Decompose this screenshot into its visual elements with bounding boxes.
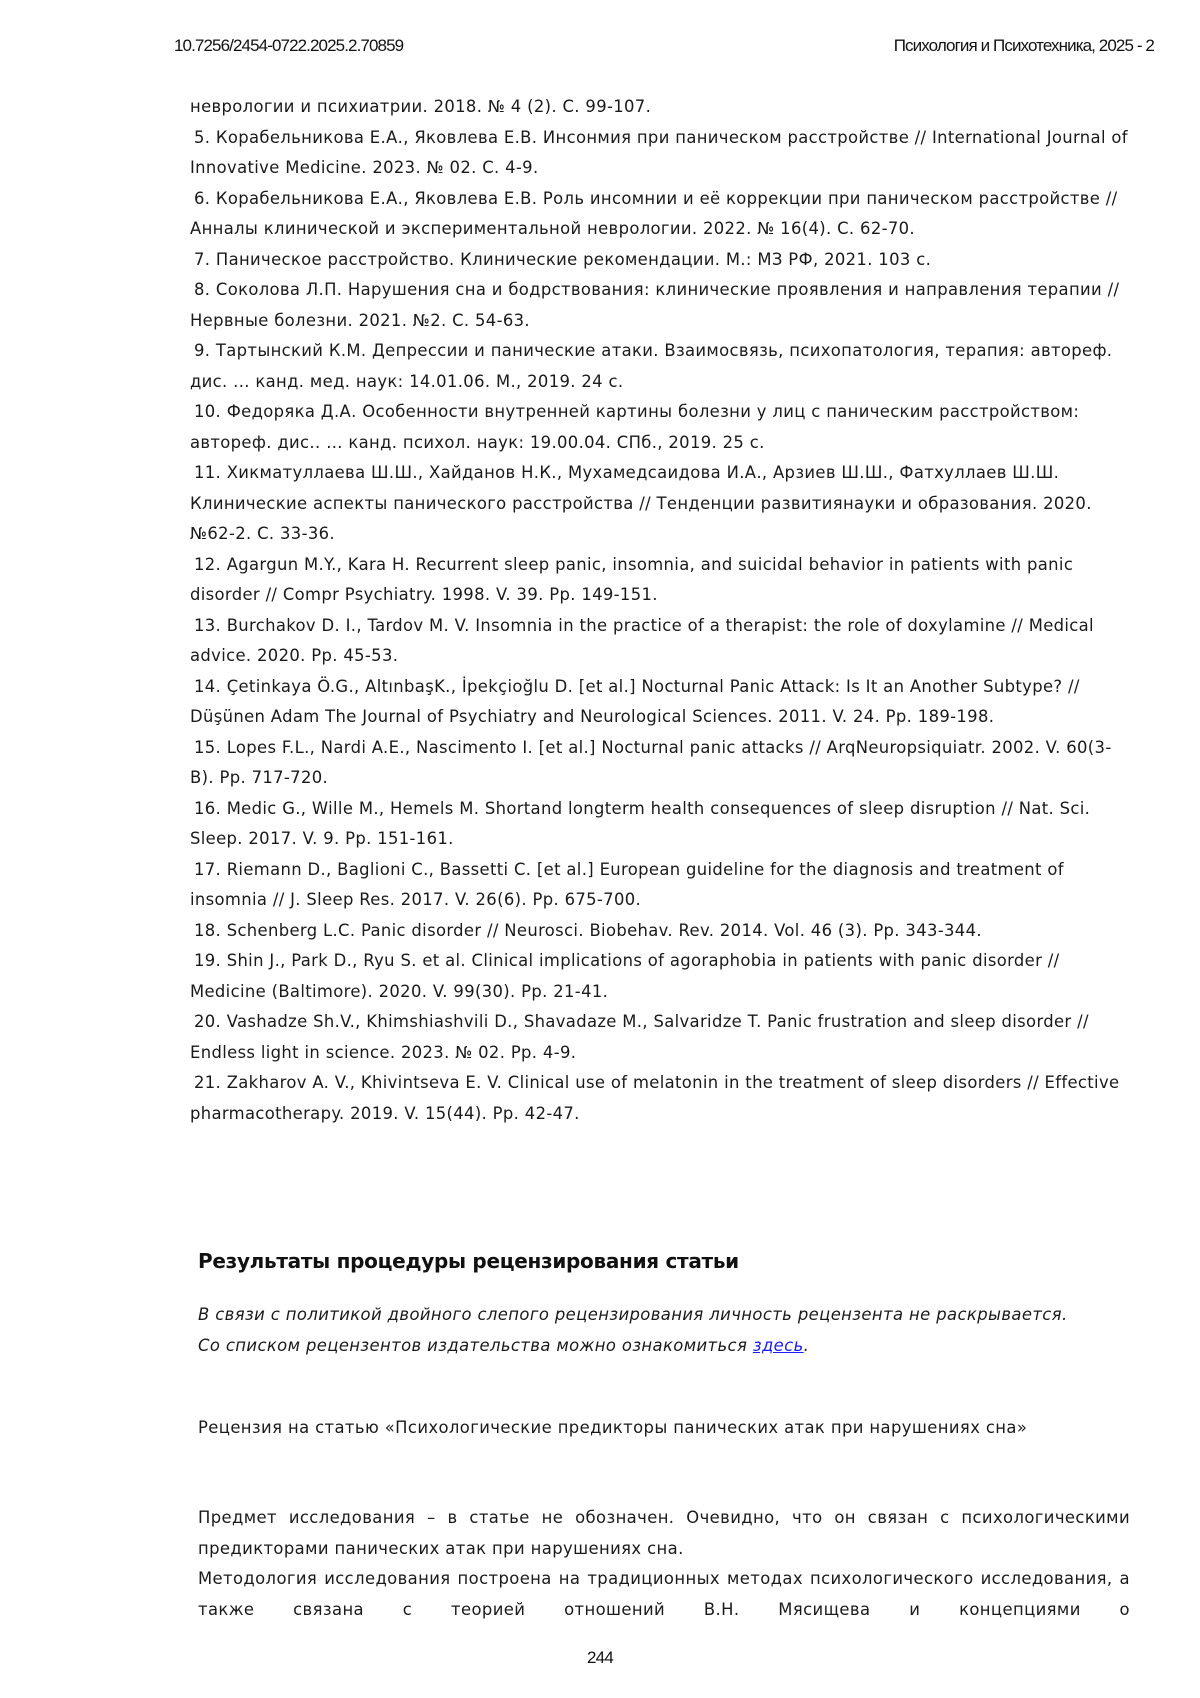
reference-number: 17. (194, 860, 221, 879)
reference-text: Федоряка Д.А. Особенности внутренней кар… (190, 402, 1079, 452)
policy-note: В связи с политикой двойного слепого рец… (198, 1300, 1130, 1331)
reference-number: 15. (194, 738, 221, 757)
reference-item: 13. Burchakov D. I., Tardov M. V. Insomn… (190, 611, 1134, 672)
reference-number: 10. (194, 402, 221, 421)
reference-text: Burchakov D. I., Tardov M. V. Insomnia i… (190, 616, 1094, 666)
reference-item: 8. Соколова Л.П. Нарушения сна и бодрств… (190, 275, 1134, 336)
review-policy-block: В связи с политикой двойного слепого рец… (198, 1300, 1130, 1361)
reference-text: Корабельникова Е.А., Яковлева Е.В. Роль … (190, 189, 1118, 239)
reference-text: Çetinkaya Ö.G., AltınbaşK., İpekçioğlu D… (190, 677, 1080, 727)
reference-item: 10. Федоряка Д.А. Особенности внутренней… (190, 397, 1134, 458)
reference-number: 20. (194, 1012, 221, 1031)
reference-text: Agargun M.Y., Kara H. Recurrent sleep pa… (190, 555, 1073, 605)
journal-title: Психология и Психотехника, 2025 - 2 (894, 36, 1154, 56)
reference-text: Schenberg L.C. Panic disorder // Neurosc… (227, 921, 982, 940)
reference-item: 18. Schenberg L.C. Panic disorder // Neu… (190, 916, 1134, 947)
reference-text: Zakharov A. V., Khivintseva E. V. Clinic… (190, 1073, 1119, 1123)
review-heading-block: Рецензия на статью «Психологические пред… (198, 1413, 1130, 1444)
reference-list: неврологии и психиатрии. 2018. № 4 (2). … (194, 92, 1134, 1129)
reviewers-link[interactable]: здесь (753, 1336, 804, 1355)
reference-number: 13. (194, 616, 221, 635)
page-header: 10.7256/2454-0722.2025.2.70859 Психологи… (174, 36, 1154, 60)
reference-continuation: неврологии и психиатрии. 2018. № 4 (2). … (190, 92, 1134, 123)
page-number: 244 (0, 1648, 1200, 1668)
review-body: Предмет исследования – в статье не обозн… (198, 1503, 1130, 1625)
review-heading: Рецензия на статью «Психологические пред… (198, 1413, 1130, 1444)
reference-item: 14. Çetinkaya Ö.G., AltınbaşK., İpekçioğ… (190, 672, 1134, 733)
reference-text: Хикматуллаева Ш.Ш., Хайданов Н.К., Мухам… (190, 463, 1092, 543)
reference-number: 9. (194, 341, 210, 360)
reference-number: 11. (194, 463, 221, 482)
reference-text: Riemann D., Baglioni C., Bassetti C. [et… (190, 860, 1064, 910)
review-paragraph-methodology: Методология исследования построена на тр… (198, 1564, 1130, 1625)
reference-item: 21. Zakharov A. V., Khivintseva E. V. Cl… (190, 1068, 1134, 1129)
reference-text: Соколова Л.П. Нарушения сна и бодрствова… (190, 280, 1119, 330)
reference-text: Medic G., Wille M., Hemels M. Shortand l… (190, 799, 1090, 849)
reference-item: 6. Корабельникова Е.А., Яковлева Е.В. Ро… (190, 184, 1134, 245)
reference-text: Корабельникова Е.А., Яковлева Е.В. Инсон… (190, 128, 1128, 178)
reference-text: Vashadze Sh.V., Khimshiashvili D., Shava… (190, 1012, 1089, 1062)
review-section-title: Результаты процедуры рецензирования стат… (198, 1249, 739, 1273)
reference-item: 11. Хикматуллаева Ш.Ш., Хайданов Н.К., М… (190, 458, 1134, 550)
reference-number: 7. (194, 250, 210, 269)
reference-number: 21. (194, 1073, 221, 1092)
reference-item: 7. Паническое расстройство. Клинические … (190, 245, 1134, 276)
reference-text: Тартынский К.М. Депрессии и панические а… (190, 341, 1112, 391)
reference-number: 14. (194, 677, 221, 696)
reference-item: 19. Shin J., Park D., Ryu S. et al. Clin… (190, 946, 1134, 1007)
reference-text: Паническое расстройство. Клинические рек… (216, 250, 931, 269)
reference-number: 5. (194, 128, 210, 147)
reference-number: 19. (194, 951, 221, 970)
reference-item: 16. Medic G., Wille M., Hemels M. Shorta… (190, 794, 1134, 855)
reference-text: Lopes F.L., Nardi A.E., Nascimento I. [e… (190, 738, 1112, 788)
reference-item: 20. Vashadze Sh.V., Khimshiashvili D., S… (190, 1007, 1134, 1068)
reference-item: 5. Корабельникова Е.А., Яковлева Е.В. Ин… (190, 123, 1134, 184)
reference-number: 12. (194, 555, 221, 574)
doi: 10.7256/2454-0722.2025.2.70859 (174, 36, 403, 56)
reference-number: 18. (194, 921, 221, 940)
reference-item: 15. Lopes F.L., Nardi A.E., Nascimento I… (190, 733, 1134, 794)
reference-item: 12. Agargun M.Y., Kara H. Recurrent slee… (190, 550, 1134, 611)
reference-number: 16. (194, 799, 221, 818)
reference-number: 8. (194, 280, 210, 299)
reference-item: 17. Riemann D., Baglioni C., Bassetti C.… (190, 855, 1134, 916)
review-paragraph-subject: Предмет исследования – в статье не обозн… (198, 1503, 1130, 1564)
reference-number: 6. (194, 189, 210, 208)
reference-item: 9. Тартынский К.М. Депрессии и панически… (190, 336, 1134, 397)
reference-text: Shin J., Park D., Ryu S. et al. Clinical… (190, 951, 1060, 1001)
reviewers-note: Со списком рецензентов издательства можн… (198, 1331, 1130, 1362)
